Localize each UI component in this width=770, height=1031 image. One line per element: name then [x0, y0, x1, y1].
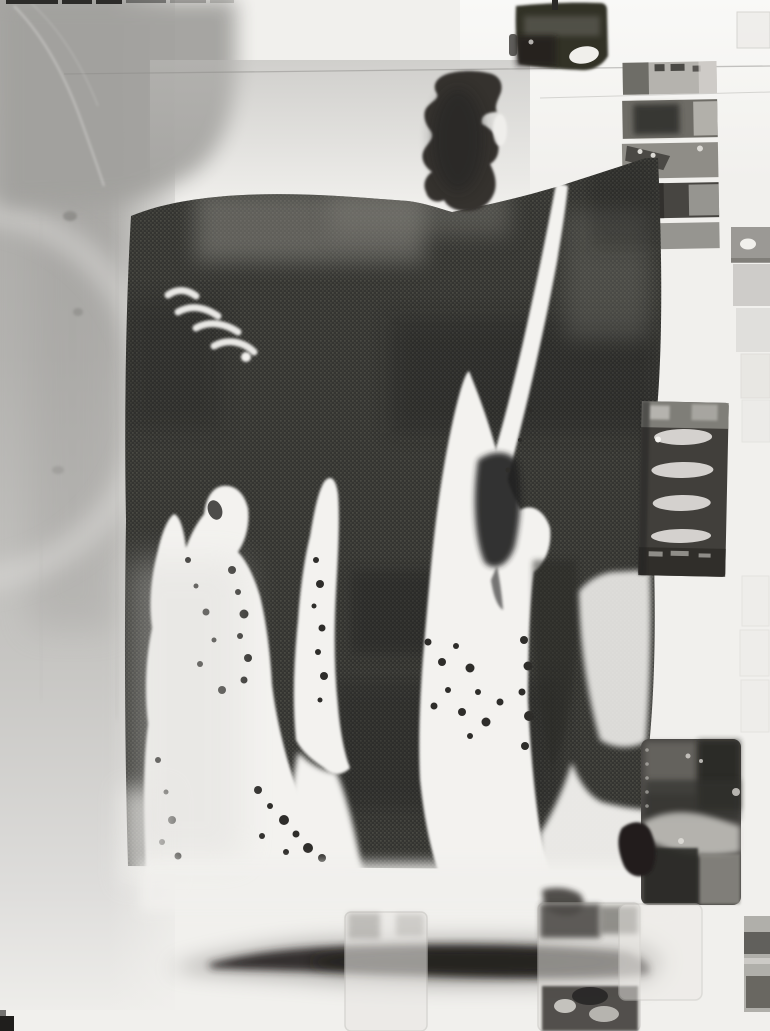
corner-mark-tip: [0, 1010, 6, 1016]
bottom-fragment-light-blob: [589, 1006, 619, 1022]
speckle: [506, 468, 511, 473]
bottom-fragment-shade: [348, 913, 380, 939]
bottom-fragment-dark-top: [540, 904, 600, 938]
top-film-fragment: [509, 0, 608, 70]
film-frame-shade: [633, 104, 680, 135]
film-frame-shade: [622, 62, 649, 94]
bottom-fragment-light-blob: [554, 999, 576, 1013]
edge-fragment: [736, 308, 770, 352]
band-smudge: [63, 211, 77, 221]
speckle: [279, 815, 289, 825]
fragment-top-tick: [552, 0, 558, 10]
mass-dark-left: [126, 300, 221, 430]
edge-dash: [210, 0, 234, 3]
right-film-strip: [638, 401, 729, 577]
speckle: [453, 643, 459, 649]
speckle: [519, 689, 526, 696]
edge-fragment-dark: [746, 976, 770, 1008]
edge-dash: [62, 0, 92, 4]
fragment-edge-dot: [645, 776, 649, 780]
speckle: [319, 625, 326, 632]
edge-dash: [96, 0, 122, 4]
speckle: [316, 580, 324, 588]
bottom-fragment: [619, 904, 702, 1000]
speckle: [467, 733, 473, 739]
speckle: [475, 689, 481, 695]
fragment-speck: [529, 40, 534, 45]
speckle: [259, 833, 265, 839]
speckle: [518, 438, 522, 442]
speckle: [312, 604, 317, 609]
squiggle-dot: [241, 352, 251, 362]
edge-fragment-line: [731, 258, 770, 262]
fragment-dark-area: [516, 36, 556, 66]
edge-fragment: [740, 630, 769, 676]
bottom-fragment-shade: [396, 914, 424, 936]
edge-fragment-gap: [744, 958, 770, 964]
edge-fragment: [741, 680, 769, 732]
speckle: [315, 649, 321, 655]
speckle: [244, 654, 252, 662]
speckle: [438, 658, 446, 666]
fragment-edge-dot: [645, 804, 649, 808]
speckle: [303, 843, 313, 853]
edge-fragment-hole: [740, 239, 756, 250]
fragment-edge-dot: [645, 762, 649, 766]
artwork-canvas: Abstract black-and-white experimental pr…: [0, 0, 770, 1031]
speckle: [524, 662, 533, 671]
film-frame-highlight: [693, 101, 718, 135]
speckle: [431, 703, 438, 710]
blob-notch: [493, 114, 507, 146]
speckle: [521, 742, 529, 750]
filmstrip-dash: [671, 551, 689, 556]
mass-left-gray-merge: [128, 560, 243, 860]
speckle: [293, 831, 300, 838]
speckle: [482, 718, 491, 727]
fragment-speck: [732, 788, 740, 796]
filmstrip-dash: [649, 551, 663, 556]
film-frame-mark: [670, 64, 684, 71]
fragment-left-tab: [509, 34, 517, 56]
speckle: [466, 664, 475, 673]
artwork-scan: Abstract black-and-white experimental pr…: [0, 0, 770, 1031]
filmstrip-streak: [691, 404, 717, 421]
halftone-mass: [120, 158, 670, 912]
bottom-fragment-blob: [572, 987, 608, 1005]
fragment-speck: [686, 754, 691, 759]
speckle: [254, 786, 262, 794]
band-smudge: [73, 308, 83, 316]
film-frame-highlight: [689, 184, 720, 216]
speckle: [267, 803, 273, 809]
filmstrip-streak: [649, 405, 669, 419]
fragment-edge-dot: [645, 790, 649, 794]
speckle: [497, 699, 504, 706]
speckle: [318, 854, 326, 862]
band-smudge: [52, 466, 64, 474]
fragment-speck: [678, 838, 684, 844]
speckle: [320, 672, 328, 680]
speckle: [318, 698, 323, 703]
speckle: [524, 711, 534, 721]
fragment-bottom-gray: [700, 854, 740, 904]
edge-fragment: [737, 12, 770, 48]
edge-fragment: [742, 400, 770, 442]
edge-fragment: [742, 576, 769, 626]
edge-dash: [126, 0, 166, 3]
speckle: [520, 636, 528, 644]
blob-core: [432, 88, 484, 192]
edge-fragment: [741, 354, 770, 398]
speckle: [458, 708, 466, 716]
speckle: [528, 408, 533, 413]
speckle: [445, 687, 451, 693]
edge-dash: [6, 0, 58, 4]
film-frame-highlight: [698, 61, 717, 93]
speckle: [313, 557, 319, 563]
edge-fragment: [733, 264, 770, 306]
fragment-light-band: [524, 16, 600, 36]
corner-mark-block: [0, 1016, 14, 1031]
speckle: [283, 849, 289, 855]
film-frame-mark: [655, 64, 665, 71]
edge-fragment-dark: [744, 932, 770, 954]
edge-dash: [170, 0, 206, 3]
speckle: [425, 639, 432, 646]
filmstrip-dash: [699, 553, 711, 557]
fragment-edge-dot: [645, 748, 649, 752]
fragment-speck: [699, 759, 703, 763]
